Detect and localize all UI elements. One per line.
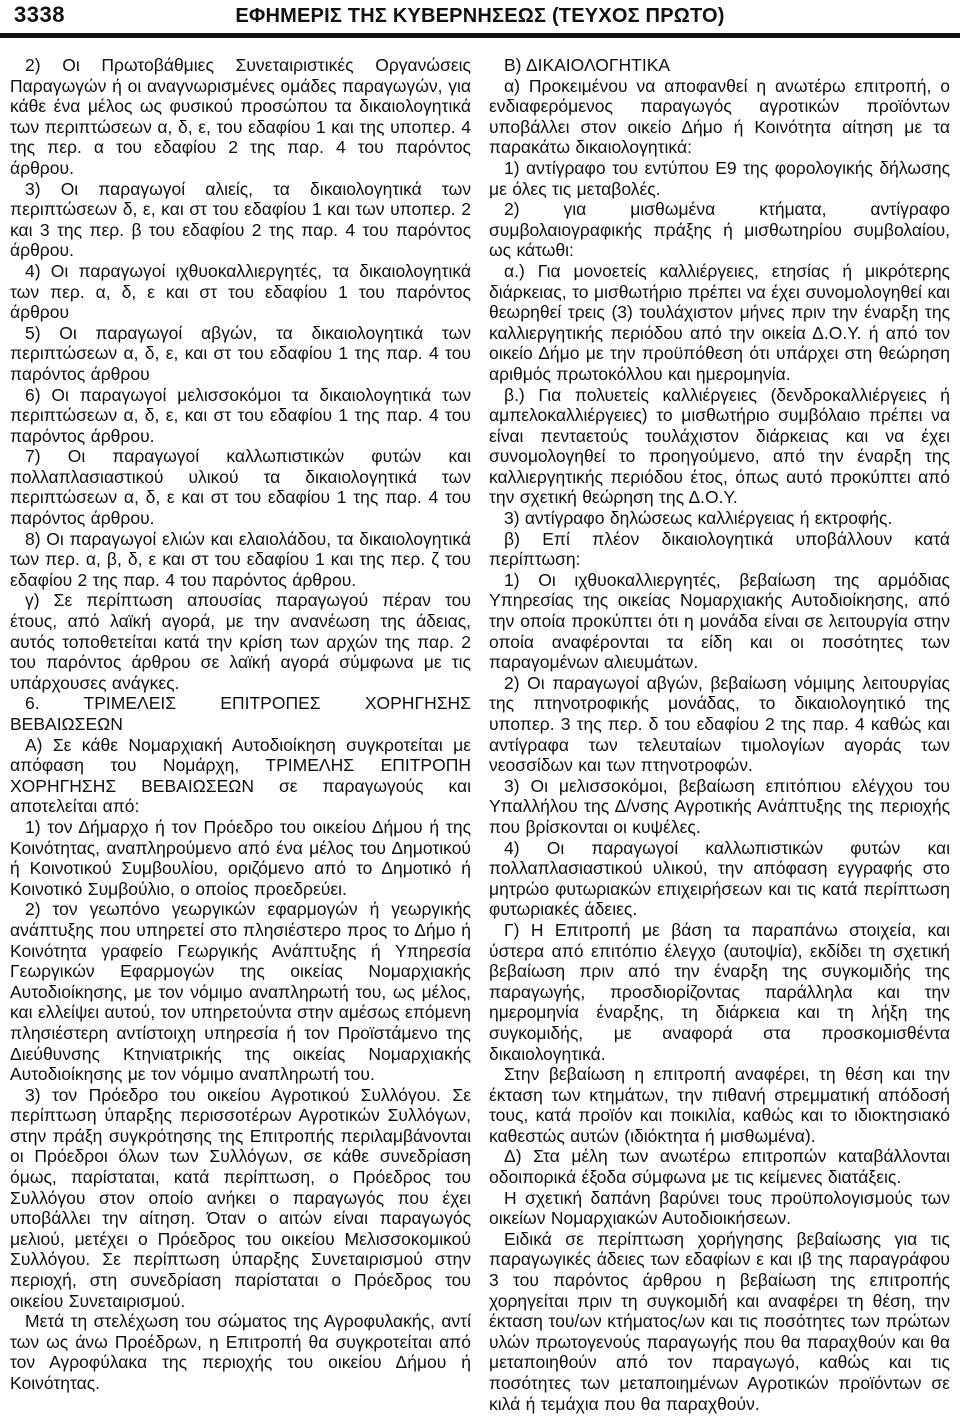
journal-title: ΕΦΗΜΕΡΙΣ ΤΗΣ ΚΥΒΕΡΝΗΣΕΩΣ (ΤΕΥΧΟΣ ΠΡΩΤΟ) — [10, 3, 950, 28]
paragraph: 1) τον Δήμαρχο ή τον Πρόεδρο του οικείου… — [10, 817, 471, 899]
paragraph: β.) Για πολυετείς καλλιέργειες (δενδροκα… — [489, 385, 950, 509]
paragraph: 3) Οι μελισσοκόμοι, βεβαίωση επιτόπιου ε… — [489, 776, 950, 838]
paragraph: Ειδικά σε περίπτωση χορήγησης βεβαίωσης … — [489, 1229, 950, 1414]
paragraph: β) Επί πλέον δικαιολογητικά υποβάλλουν κ… — [489, 529, 950, 570]
paragraph: 6) Οι παραγωγοί μελισσοκόμοι τα δικαιολο… — [10, 385, 471, 447]
paragraph: 3) τον Πρόεδρο του οικείου Αγροτικού Συλ… — [10, 1085, 471, 1312]
paragraph: 2) Οι Πρωτοβάθμιες Συνεταιριστικές Οργαν… — [10, 55, 471, 179]
paragraph: 5) Οι παραγωγοί αβγών, τα δικαιολογητικά… — [10, 323, 471, 385]
paragraph: Γ) Η Επιτροπή με βάση τα παραπάνω στοιχε… — [489, 920, 950, 1064]
paragraph: Β) ΔΙΚΑΙΟΛΟΓΗΤΙΚΑ — [489, 55, 950, 76]
paragraph: 1) Οι ιχθυοκαλλιεργητές, βεβαίωση της αρ… — [489, 570, 950, 673]
paragraph: 1) αντίγραφο του εντύπου Ε9 της φορολογι… — [489, 158, 950, 199]
article-body: 2) Οι Πρωτοβάθμιες Συνεταιριστικές Οργαν… — [0, 38, 960, 1414]
paragraph: 2) Οι παραγωγοί αβγών, βεβαίωση νόμιμης … — [489, 673, 950, 776]
paragraph: Δ) Στα μέλη των ανωτέρω επιτροπών καταβά… — [489, 1146, 950, 1187]
paragraph: 8) Οι παραγωγοί ελιών και ελαιολάδου, τα… — [10, 529, 471, 591]
right-column: Β) ΔΙΚΑΙΟΛΟΓΗΤΙΚΑα) Προκειμένου να αποφα… — [489, 55, 950, 1414]
paragraph: 2) τον γεωπόνο γεωργικών εφαρμογών ή γεω… — [10, 899, 471, 1084]
paragraph: α.) Για μονοετείς καλλιέργειες, ετησίας … — [489, 261, 950, 385]
page-number: 3338 — [14, 2, 65, 28]
paragraph: Η σχετική δαπάνη βαρύνει τους προϋπολογι… — [489, 1188, 950, 1229]
paragraph: 4) Οι παραγωγοί καλλωπιστικών φυτών και … — [489, 838, 950, 920]
paragraph: Στην βεβαίωση η επιτροπή αναφέρει, τη θέ… — [489, 1064, 950, 1146]
paragraph: 3) Οι παραγωγοί αλιείς, τα δικαιολογητικ… — [10, 179, 471, 261]
paragraph: α) Προκειμένου να αποφανθεί η ανωτέρω επ… — [489, 76, 950, 158]
paragraph: Μετά τη στελέχωση του σώματος της Αγροφυ… — [10, 1311, 471, 1393]
paragraph: Α) Σε κάθε Νομαρχιακή Αυτοδιοίκηση συγκρ… — [10, 735, 471, 817]
paragraph: 3) αντίγραφο δηλώσεως καλλιέργειας ή εκτ… — [489, 508, 950, 529]
paragraph: 7) Οι παραγωγοί καλλωπιστικών φυτών και … — [10, 446, 471, 528]
paragraph: 6. ΤΡΙΜΕΛΕΙΣ ΕΠΙΤΡΟΠΕΣ ΧΟΡΗΓΗΣΗΣ ΒΕΒΑΙΩΣ… — [10, 693, 471, 734]
paragraph: 2) για μισθωμένα κτήματα, αντίγραφο συμβ… — [489, 199, 950, 261]
gazette-page: 3338 ΕΦΗΜΕΡΙΣ ΤΗΣ ΚΥΒΕΡΝΗΣΕΩΣ (ΤΕΥΧΟΣ ΠΡ… — [0, 0, 960, 1425]
masthead: 3338 ΕΦΗΜΕΡΙΣ ΤΗΣ ΚΥΒΕΡΝΗΣΕΩΣ (ΤΕΥΧΟΣ ΠΡ… — [0, 0, 960, 30]
left-column: 2) Οι Πρωτοβάθμιες Συνεταιριστικές Οργαν… — [10, 55, 471, 1414]
paragraph: γ) Σε περίπτωση απουσίας παραγωγού πέραν… — [10, 590, 471, 693]
paragraph: 4) Οι παραγωγοί ιχθυοκαλλιεργητές, τα δι… — [10, 261, 471, 323]
